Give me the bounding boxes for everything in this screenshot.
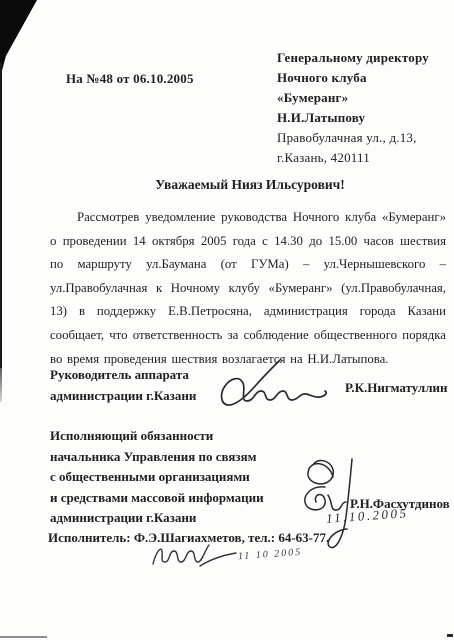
signer-primary-title: Руководитель аппарата администрации г.Ка… xyxy=(50,364,196,406)
scan-left-edge-fade xyxy=(0,368,2,402)
signer-secondary-title: Исполняющий обязанности начальника Управ… xyxy=(50,426,264,529)
addressee-address-line: Правобулачная ул., д.13, xyxy=(277,128,429,148)
addressee-line: Ночного клуба xyxy=(277,68,429,88)
body-paragraph: Рассмотрев уведомление руководства Ночно… xyxy=(50,206,446,371)
signer-secondary-title-line: с общественными организациями xyxy=(50,467,264,488)
addressee-line: Генеральному директору xyxy=(277,48,429,68)
handwritten-note-date: 11 10 2005 xyxy=(238,547,303,562)
scan-left-edge-line xyxy=(0,62,2,368)
reference-line: На №48 от 06.10.2005 xyxy=(66,71,194,87)
signer-primary-name: Р.К.Нигматуллин xyxy=(345,380,447,396)
signer-primary-title-line: Руководитель аппарата xyxy=(50,364,196,385)
signer-secondary-title-line: начальника Управления по связям xyxy=(50,447,264,468)
signer-secondary-title-line: Исполняющий обязанности xyxy=(50,426,264,447)
addressee-line: Н.И.Латыпову xyxy=(277,108,429,128)
handwritten-scribble xyxy=(148,542,240,570)
signer-secondary-title-line: и средствами массовой информации xyxy=(50,488,264,509)
salutation: Уважаемый Нияз Ильсурович! xyxy=(55,177,445,193)
scan-bottom-line xyxy=(0,636,47,638)
signer-primary-title-line: администрации г.Казани xyxy=(50,385,196,406)
addressee-block: Генеральному директору Ночного клуба «Бу… xyxy=(277,48,429,168)
signer-secondary-title-line: администрации г.Казани xyxy=(50,508,264,529)
addressee-line: «Бумеранг» xyxy=(277,88,429,108)
addressee-address-line: г.Казань, 420111 xyxy=(277,148,429,168)
scanned-letter-page: На №48 от 06.10.2005 Генеральному директ… xyxy=(0,0,454,640)
signature-stroke-primary xyxy=(217,356,335,414)
scan-corner-artifact xyxy=(0,0,37,70)
scan-bottom-right-mark xyxy=(447,634,453,637)
